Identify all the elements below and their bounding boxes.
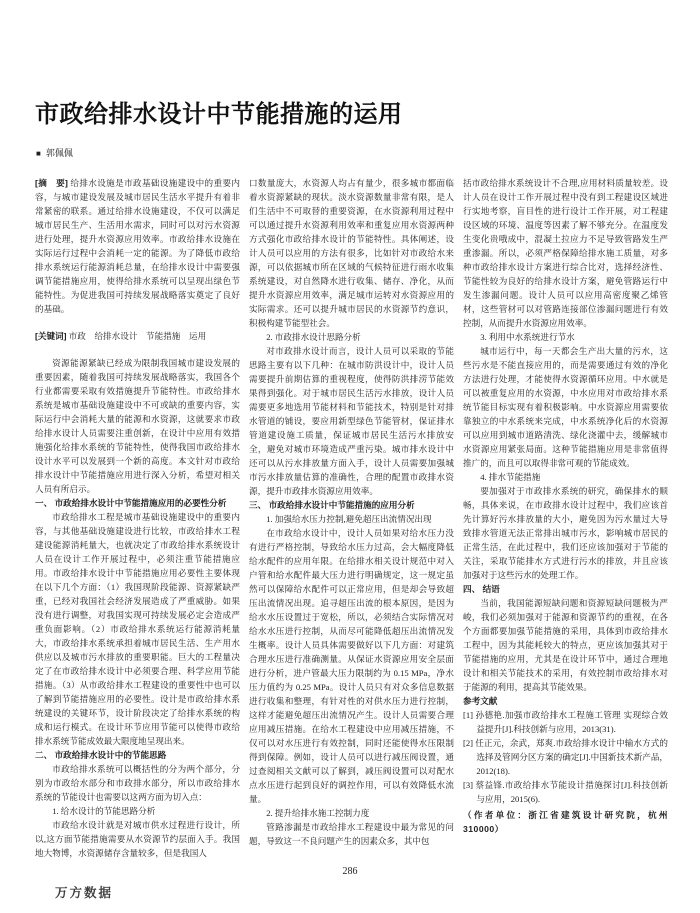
page-number: 286 — [0, 866, 700, 877]
column-right: 括市政给排水系统设计不合理,应用材料质量较差。设计人员在设计工作开展过程中没有到… — [463, 176, 668, 836]
article-body: [摘 要] 给排水设施是市政基础设施建设中的重要内容，与城市建设发展及城市居民生… — [35, 176, 667, 860]
section-heading: 参考文献 — [463, 694, 668, 708]
author-affiliation: （作者单位：浙江省建筑设计研究院，杭州 310000） — [463, 808, 668, 836]
paragraph: 资源能源紧缺已经成为限制我国城市建设发展的重要因素，随着我国可持续发展战略落实，… — [35, 356, 240, 496]
paper-page: 市政给排水设计中节能措施的运用 ■郭佩佩 [摘 要] 给排水设施是市政基础设施建… — [0, 0, 700, 913]
reference: [2] 任正元，余武，郑爽.市政给排水设计中输水方式的选择及管网分区方案的确定[… — [463, 736, 668, 778]
paragraph: 在市政给水设计中，设计人员如果对给水压力没有进行严格控制，导致给水压力过高，会大… — [249, 526, 454, 806]
paragraph: 城市运行中，每一天都会生产出大量的污水，这些污水是不能直接应用的，而是需要通过有… — [463, 344, 668, 470]
paragraph: 市政给水设计就是对城市供水过程进行设计，所以,这方面节能措施需要从水资源节约层面… — [35, 818, 240, 860]
paragraph-continued: 括市政给排水系统设计不合理,应用材料质量较差。设计人员在设计工作开展过程中没有到… — [463, 176, 668, 330]
page-title: 市政给排水设计中节能措施的运用 — [35, 94, 403, 129]
section-heading: 一、 市政给排水设计中节能措施应用的必要性分析 — [35, 496, 240, 510]
keywords: [关键词] 市政 给排水设计 节能措施 运用 — [35, 329, 240, 343]
author-name: 郭佩佩 — [46, 148, 73, 158]
sub-heading: 1. 加强给水压力控制,避免超压出流情况出现 — [249, 512, 454, 526]
paragraph: 当前，我国能源短缺问题和资源短缺问题极为严峻，我们必须加强对于能源和资源节约的重… — [463, 596, 668, 694]
column-center: 口数量庞大，水资源人均占有量少，很多城市都面临着水资源紧缺的现状。淡水资源数量非… — [249, 176, 454, 848]
abstract: [摘 要] 给排水设施是市政基础设施建设中的重要内容，与城市建设发展及城市居民生… — [35, 176, 240, 316]
paragraph-continued: 口数量庞大，水资源人均占有量少，很多城市都面临着水资源紧缺的现状。淡水资源数量非… — [249, 176, 454, 330]
reference: [3] 蔡益锋.市政给排水节能设计措施探讨[J].科技创新与应用，2015(6)… — [463, 778, 668, 806]
paragraph: 市政给排水系统可以概括性的分为两个部分，分别为市政给水部分和市政排水部分，所以市… — [35, 762, 240, 804]
author-line: ■郭佩佩 — [36, 146, 73, 159]
sub-heading: 4. 排水节能措施 — [463, 470, 668, 484]
watermark-wanfang: 万方数据 — [55, 883, 113, 901]
sub-heading: 1. 给水设计的节能思路分析 — [35, 804, 240, 818]
paragraph: 市政给排水工程是城市基础设施建设中的重要内容，与其他基础设施建设进行比较，市政给… — [35, 510, 240, 748]
section-heading: 四、 结语 — [463, 582, 668, 596]
column-left: [摘 要] 给排水设施是市政基础设施建设中的重要内容，与城市建设发展及城市居民生… — [35, 176, 240, 860]
sub-heading: 3. 利用中水系统进行节水 — [463, 330, 668, 344]
section-heading: 二、 市政给排水设计中的节能思路 — [35, 748, 240, 762]
abstract-label: [摘 要] — [35, 178, 68, 188]
sub-heading: 2. 提升给排水施工控制力度 — [249, 806, 454, 820]
paragraph: 对市政排水设计而言，设计人员可以采取的节能思路主要有以下几种：在城市防洪设计中，… — [249, 344, 454, 498]
sub-heading: 2. 市政排水设计思路分析 — [249, 330, 454, 344]
section-heading: 三、 市政给排水设计中节能措施的应用分析 — [249, 498, 454, 512]
paragraph: 管路渗漏是市政给排水工程建设中最为常见的问题，导致这一不良问题产生的因素众多，其… — [249, 820, 454, 848]
square-bullet-icon: ■ — [36, 149, 41, 158]
keywords-label: [关键词] — [35, 331, 67, 341]
paragraph: 要加强对于市政排水系统的研究，确保排水的顺畅，具体来说，在市政排水设计过程中，我… — [463, 484, 668, 582]
reference: [1] 孙德艳.加强市政给排水工程施工管理 实现综合效益提升[J].科技创新与应… — [463, 708, 668, 736]
